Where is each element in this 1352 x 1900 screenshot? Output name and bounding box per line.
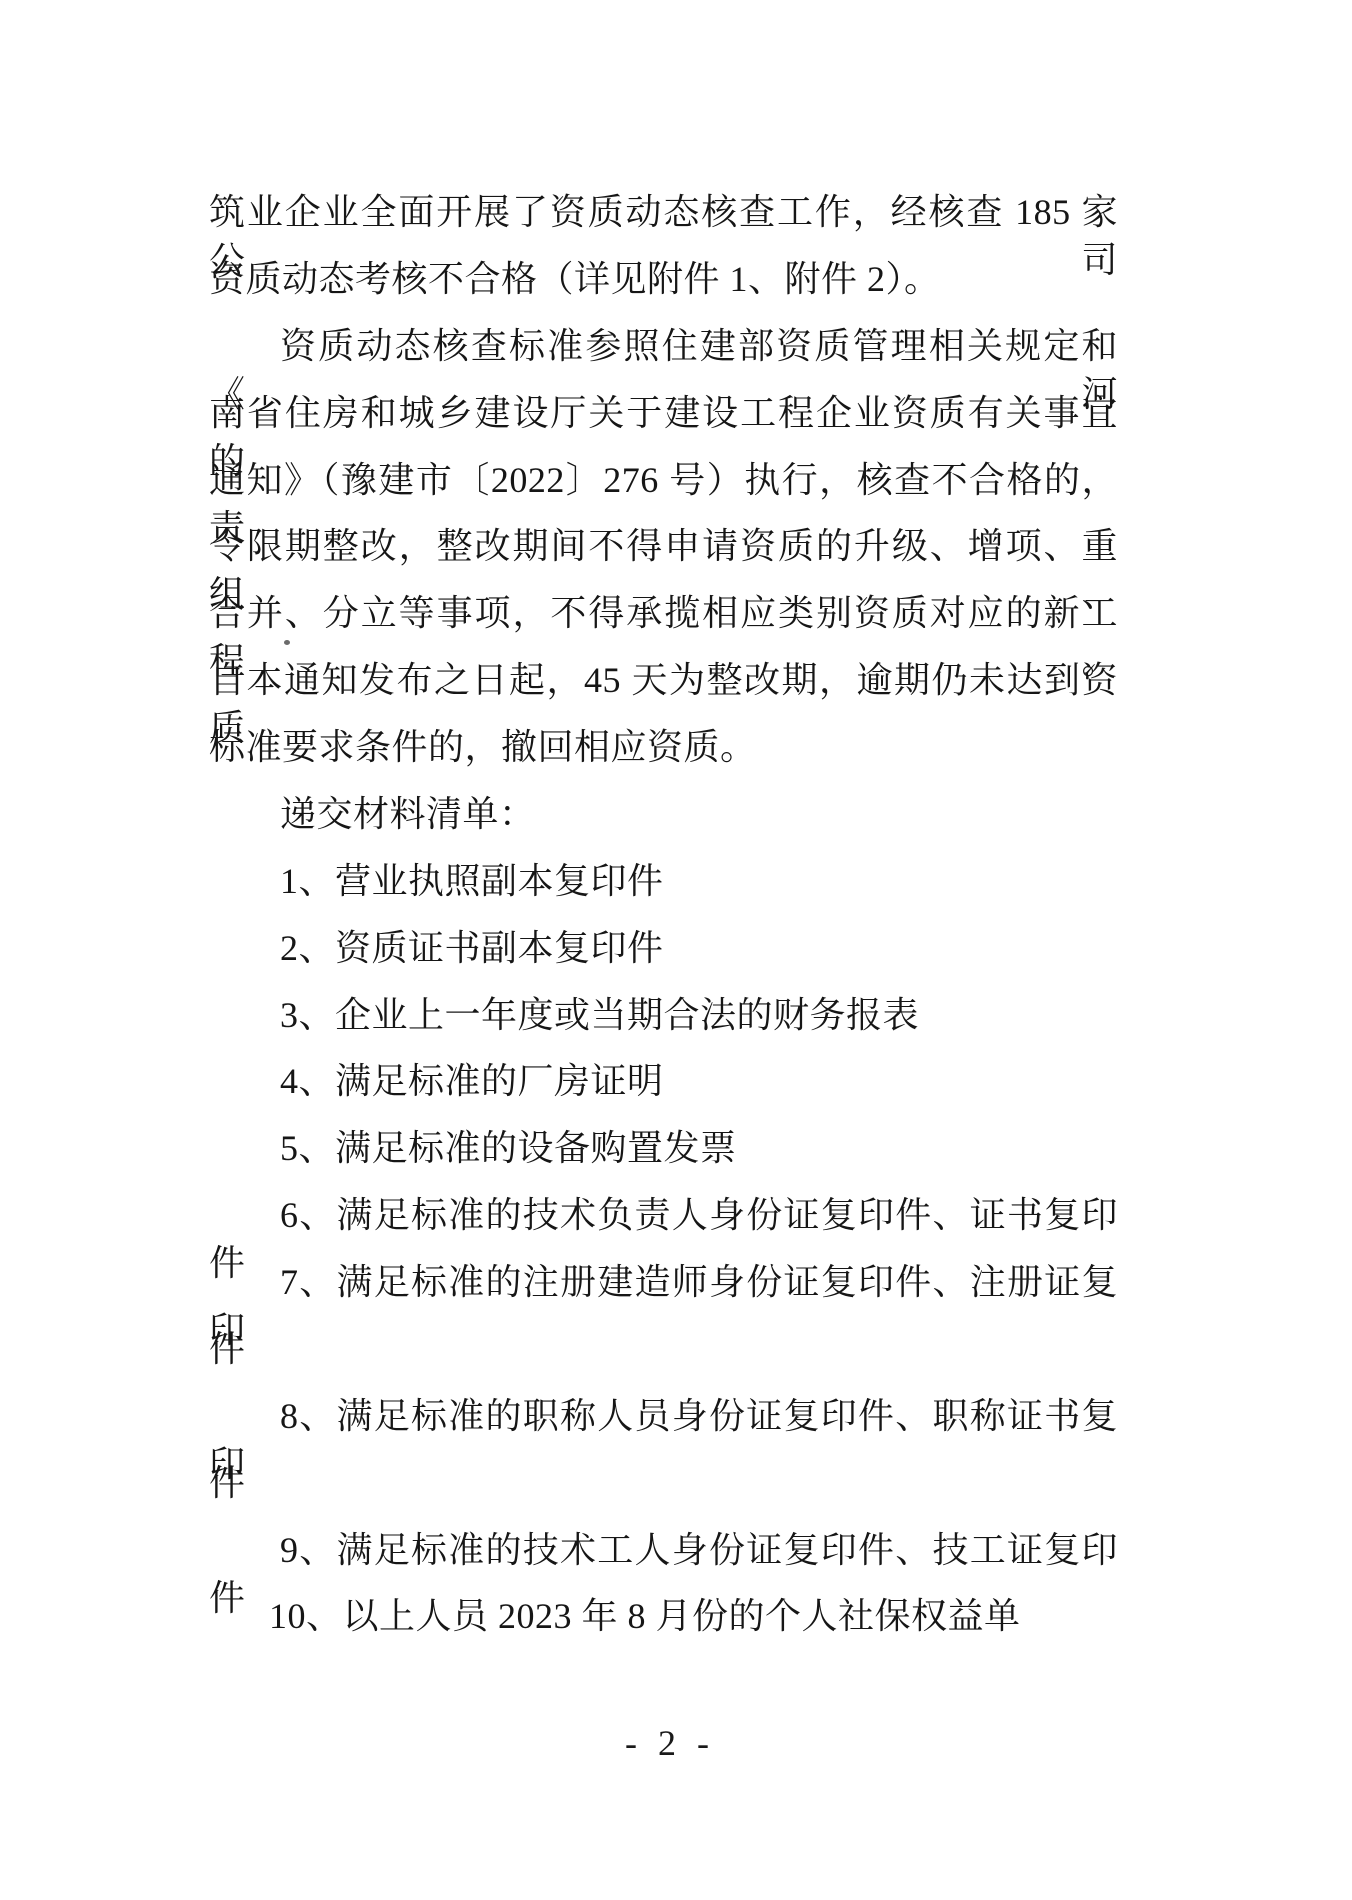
- page-number: - 2 -: [0, 1722, 1340, 1764]
- text-line-13: 3、企业上一年度或当期合法的财务报表: [209, 991, 1118, 1039]
- text-line-14: 4、满足标准的厂房证明: [209, 1057, 1118, 1105]
- text-line-12: 2、资质证书副本复印件: [209, 924, 1118, 972]
- text-line-8: 自本通知发布之日起，45 天为整改期，逾期仍未达到资质: [209, 656, 1118, 704]
- document-body: 筑业企业全面开展了资质动态核查工作，经核查 185 家公司资质动态考核不合格（详…: [0, 0, 1352, 1900]
- text-line-18: 件: [209, 1325, 1118, 1373]
- text-line-11: 1、营业执照副本复印件: [209, 857, 1118, 905]
- text-line-15: 5、满足标准的设备购置发票: [209, 1124, 1118, 1172]
- text-line-7: 合并、分立等事项，不得承揽相应类别资质对应的新工程。: [209, 589, 1118, 637]
- text-line-20: 件: [209, 1459, 1118, 1507]
- text-line-1: 筑业企业全面开展了资质动态核查工作，经核查 185 家公司: [209, 188, 1118, 236]
- text-line-10: 递交材料清单：: [209, 790, 1118, 838]
- text-line-17: 7、满足标准的注册建造师身份证复印件、注册证复印: [209, 1258, 1118, 1306]
- text-line-4: 南省住房和城乡建设厅关于建设工程企业资质有关事宜的: [209, 389, 1118, 437]
- text-line-3: 资质动态核查标准参照住建部资质管理相关规定和《河: [209, 322, 1118, 370]
- text-line-21: 9、满足标准的技术工人身份证复印件、技工证复印件: [209, 1526, 1118, 1574]
- text-line-2: 资质动态考核不合格（详见附件 1、附件 2）。: [209, 255, 1118, 303]
- text-line-22: 10、以上人员 2023 年 8 月份的个人社保权益单: [209, 1592, 1118, 1640]
- document-page: 筑业企业全面开展了资质动态核查工作，经核查 185 家公司资质动态考核不合格（详…: [0, 0, 1352, 1900]
- text-line-6: 令限期整改，整改期间不得申请资质的升级、增项、重组、: [209, 522, 1118, 570]
- scan-speck: [284, 640, 290, 645]
- text-line-16: 6、满足标准的技术负责人身份证复印件、证书复印件: [209, 1191, 1118, 1239]
- text-line-19: 8、满足标准的职称人员身份证复印件、职称证书复印: [209, 1392, 1118, 1440]
- text-line-9: 标准要求条件的，撤回相应资质。: [209, 723, 1118, 771]
- text-line-5: 通知》（豫建市〔2022〕276 号）执行，核查不合格的，责: [209, 456, 1118, 504]
